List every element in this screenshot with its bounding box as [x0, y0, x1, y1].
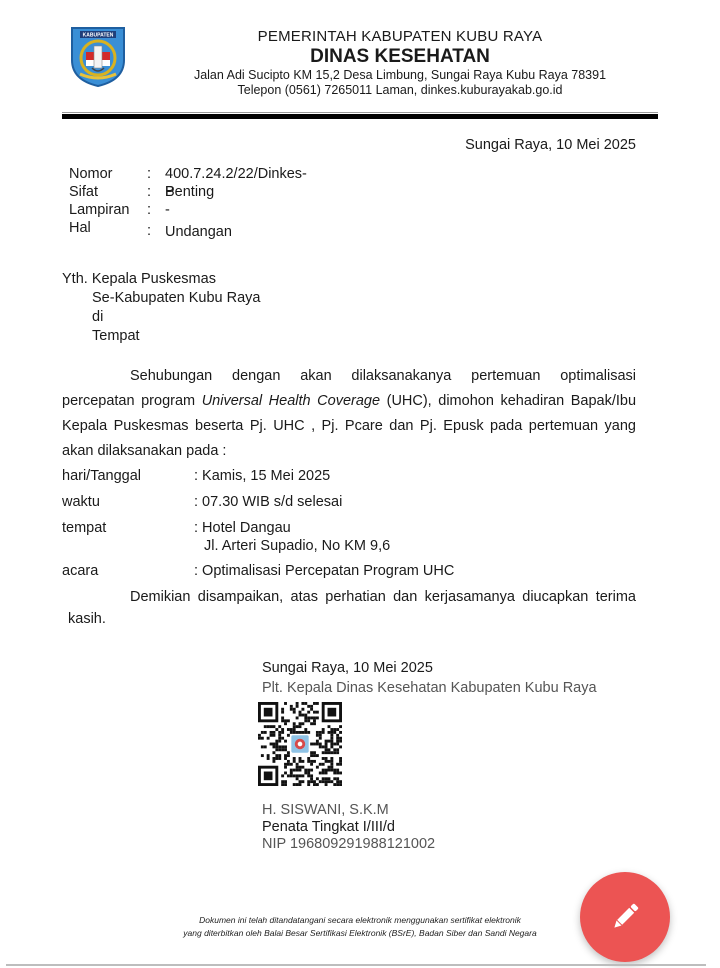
letterhead-contact: Telepon (0561) 7265011 Laman, dinkes.kub… [140, 83, 660, 97]
letterhead-agency: DINAS KESEHATAN [140, 46, 660, 68]
esign-disclaimer: Dokumen ini telah ditandatangani secara … [150, 914, 570, 940]
meta-label: Nomor [69, 165, 113, 183]
signature-position: Plt. Kepala Dinas Kesehatan Kabupaten Ku… [262, 680, 597, 696]
event-label: waktu [62, 494, 100, 510]
disclaimer-line: Dokumen ini telah ditandatangani secara … [150, 914, 570, 927]
closing-paragraph: Demikian disampaikan, atas perhatian dan… [62, 586, 636, 630]
signatory-name: H. SISWANI, S.K.M [262, 802, 389, 818]
event-value-address: Jl. Arteri Supadio, No KM 9,6 [204, 538, 390, 554]
meta-value: Undangan [165, 223, 232, 241]
body-italic-term: Universal Health Coverage [202, 393, 380, 409]
meta-label: Lampiran [69, 201, 129, 219]
recipient-title: Yth. Kepala Puskesmas [62, 270, 261, 289]
meta-colon: : [147, 183, 151, 201]
event-label: hari/Tanggal [62, 468, 141, 484]
event-label: acara [62, 563, 98, 579]
meta-label: Hal [69, 219, 91, 237]
meta-colon: : [147, 222, 151, 240]
event-value: : 07.30 WIB s/d selesai [194, 494, 342, 510]
signatory-rank: Penata Tingkat I/III/d [262, 819, 395, 835]
letterhead-rule [62, 114, 658, 119]
closing-line: Demikian disampaikan, atas perhatian dan… [62, 586, 636, 608]
closing-line: kasih. [62, 608, 636, 630]
svg-text:KABUPATEN: KABUPATEN [83, 33, 114, 39]
body-paragraph: Sehubungan dengan akan dilaksanakanya pe… [62, 364, 636, 464]
signature-place-date: Sungai Raya, 10 Mei 2025 [262, 660, 433, 676]
meta-label: Sifat [69, 183, 98, 201]
letterhead-address: Jalan Adi Sucipto KM 15,2 Desa Limbung, … [140, 68, 660, 82]
disclaimer-line: yang diterbitkan oleh Balai Besar Sertif… [150, 927, 570, 940]
body-text: percepatan program [62, 393, 202, 409]
meta-value: - [165, 201, 170, 219]
letter-date: Sungai Raya, 10 Mei 2025 [465, 137, 636, 153]
body-text: (UHC), dimohon kehadiran Bapak/Ibu [380, 393, 636, 409]
event-value: : Hotel Dangau [194, 520, 291, 536]
emblem-icon: KABUPATEN [66, 24, 130, 88]
kabupaten-logo: KABUPATEN [66, 24, 130, 88]
qr-code [258, 702, 342, 786]
body-line: percepatan program Universal Health Cove… [62, 389, 636, 414]
event-value: : Optimalisasi Percepatan Program UHC [194, 563, 454, 579]
event-value: : Kamis, 15 Mei 2025 [194, 468, 330, 484]
body-line: Sehubungan dengan akan dilaksanakanya pe… [62, 364, 636, 389]
recipient-di: di [62, 308, 261, 327]
recipient-place: Tempat [62, 327, 261, 346]
body-line: akan dilaksanakan pada : [62, 439, 636, 464]
recipient-area: Se-Kabupaten Kubu Raya [62, 289, 261, 308]
meta-colon: : [147, 165, 151, 183]
page-bottom-edge [6, 964, 706, 966]
pencil-icon [605, 897, 645, 937]
event-label: tempat [62, 520, 106, 536]
edit-fab-button[interactable] [580, 872, 670, 962]
recipient-block: Yth. Kepala Puskesmas Se-Kabupaten Kubu … [62, 270, 261, 346]
body-line: Kepala Puskesmas beserta Pj. UHC , Pj. P… [62, 414, 636, 439]
signatory-nip: NIP 196809291988121002 [262, 836, 435, 852]
meta-colon: : [147, 201, 151, 219]
qr-code-icon [258, 702, 342, 786]
meta-value: Penting [165, 183, 214, 201]
letterhead-thin-rule [62, 112, 658, 113]
letterhead-government: PEMERINTAH KABUPATEN KUBU RAYA [140, 28, 660, 45]
